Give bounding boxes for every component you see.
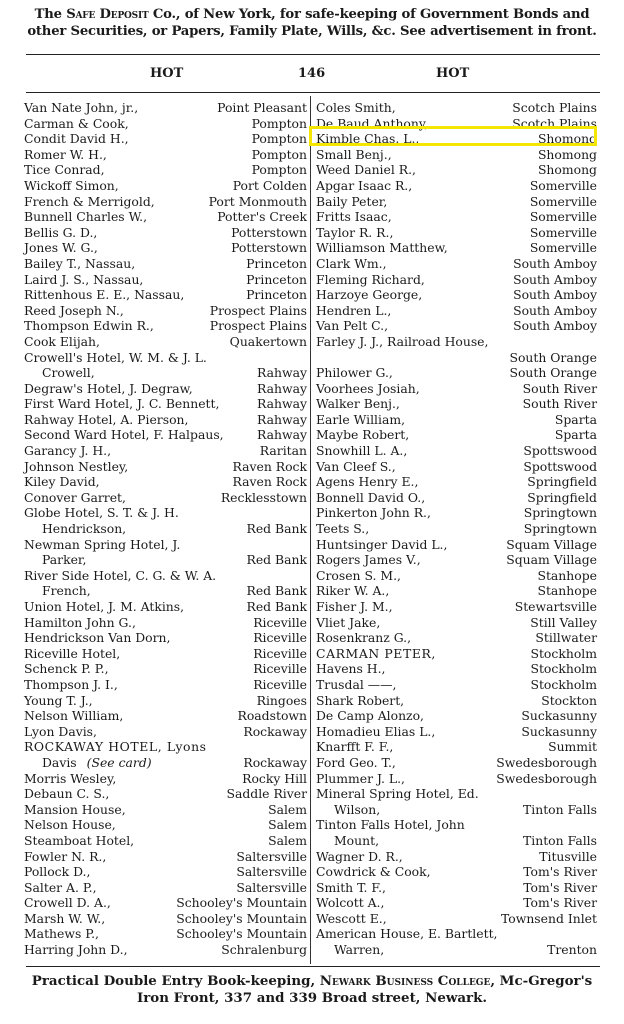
entry-place: South Amboy [513, 287, 597, 303]
entry-name: Smith T. F., [316, 880, 386, 896]
directory-entry: Salter A. P.,Saltersville [24, 880, 307, 896]
directory-entry: Laird J. S., Nassau,Princeton [24, 272, 307, 288]
entry-place: South Orange [509, 350, 597, 366]
entry-name: Bunnell Charles W., [24, 209, 147, 225]
entry-name: Romer W. H., [24, 147, 107, 163]
entry-place: Titusville [539, 849, 597, 865]
directory-entry: Globe Hotel, S. T. & J. H.Hendrickson,Re… [24, 505, 307, 536]
entry-name: Rahway Hotel, A. Pierson, [24, 412, 188, 428]
entry-name: Globe Hotel, S. T. & J. H. [24, 505, 179, 521]
entry-name: Harzoye George, [316, 287, 422, 303]
entry-place: Rahway [257, 381, 307, 397]
entry-name: Garancy J. H., [24, 443, 111, 459]
entry-place: Somerville [530, 225, 597, 241]
entry-place: Raven Rock [233, 474, 308, 490]
directory-entry: Fowler N. R.,Saltersville [24, 849, 307, 865]
directory-entry: Agens Henry E.,Springfield [316, 474, 597, 490]
directory-entry: Huntsinger David L.,Squam Village [316, 537, 597, 553]
entry-place: Raven Rock [233, 459, 308, 475]
entry-name: Hendrickson Van Dorn, [24, 630, 170, 646]
entry-place: Somerville [530, 178, 597, 194]
directory-entry: Cook Elijah,Quakertown [24, 334, 307, 350]
entry-place: Swedesborough [496, 771, 597, 787]
entry-name: Taylor R. R., [316, 225, 393, 241]
entry-name: Cook Elijah, [24, 334, 100, 350]
entry-place: Riceville [253, 646, 307, 662]
entry-place: Rahway [257, 365, 307, 381]
directory-entry: Rogers James V.,Squam Village [316, 552, 597, 568]
directory-entry: Williamson Matthew,Somerville [316, 240, 597, 256]
head-rule [26, 92, 600, 93]
directory-entry: Smith T. F.,Tom's River [316, 880, 597, 896]
directory-entry: Van Pelt C.,South Amboy [316, 318, 597, 334]
directory-entry: Voorhees Josiah,South River [316, 381, 597, 397]
entry-name: Mansion House, [24, 802, 126, 818]
entry-place: Red Bank [246, 521, 307, 537]
entry-place: Prospect Plains [210, 303, 307, 319]
highlight-box [309, 126, 597, 146]
entry-place: Rocky Hill [242, 771, 307, 787]
entry-name: Knarfft F. F., [316, 739, 393, 755]
entry-name: Young T. J., [24, 693, 93, 709]
directory-entry: Baily Peter,Somerville [316, 194, 597, 210]
entry-name: Pollock D., [24, 864, 90, 880]
entry-name: Johnson Nestley, [24, 459, 128, 475]
entry-place: Port Monmouth [209, 194, 307, 210]
directory-entry: Condit David H.,Pompton [24, 131, 307, 147]
entry-name: Debaun C. S., [24, 786, 109, 802]
entry-place: Schooley's Mountain [176, 911, 307, 927]
entry-name: Shark Robert, [316, 693, 404, 709]
entry-name: CARMAN PETER, [316, 646, 436, 662]
entry-place: Somerville [530, 240, 597, 256]
entry-name: Teets S., [316, 521, 369, 537]
directory-entry: Nelson House,Salem [24, 817, 307, 833]
entry-name: Rosenkranz G., [316, 630, 411, 646]
entry-name-continued-text: French, [42, 583, 91, 598]
entry-place: Sparta [555, 412, 597, 428]
entry-place: Saltersville [236, 849, 307, 865]
footer-ad-text1: Practical Double Entry Book-keeping, [32, 973, 320, 989]
entry-name: Thompson Edwin R., [24, 318, 154, 334]
directory-entry: Johnson Nestley,Raven Rock [24, 459, 307, 475]
entry-name: ROCKAWAY HOTEL, Lyons [24, 739, 207, 755]
directory-entry: Van Cleef S.,Spottswood [316, 459, 597, 475]
directory-entry: Riceville Hotel,Riceville [24, 646, 307, 662]
directory-entry: Mineral Spring Hotel, Ed.Wilson,Tinton F… [316, 786, 597, 817]
entry-name: Fleming Richard, [316, 272, 425, 288]
entry-name: Clark Wm., [316, 256, 387, 272]
entry-place: Stewartsville [515, 599, 597, 615]
directory-entry: Thompson J. I.,Riceville [24, 677, 307, 693]
entry-place: Point Pleasant [217, 100, 307, 116]
entry-name-continued-text: Hendrickson, [42, 521, 126, 536]
entry-place: Trenton [547, 942, 597, 958]
entry-name: Salter A. P., [24, 880, 97, 896]
directory-entry: Bellis G. D.,Potterstown [24, 225, 307, 241]
entry-place: Tinton Falls [523, 802, 597, 818]
entry-name: Van Nate John, jr., [24, 100, 138, 116]
entry-name: Bonnell David O., [316, 490, 425, 506]
entry-name: Marsh W. W., [24, 911, 105, 927]
entry-name-continued: Warren, [334, 942, 384, 958]
directory-entry: French & Merrigold,Port Monmouth [24, 194, 307, 210]
entry-place: Red Bank [246, 599, 307, 615]
column-divider [310, 96, 311, 964]
entry-name: River Side Hotel, C. G. & W. A. [24, 568, 216, 584]
directory-entry: Teets S.,Springtown [316, 521, 597, 537]
entry-name-continued: Parker, [42, 552, 86, 568]
directory-entry: Havens H.,Stockholm [316, 661, 597, 677]
directory-entry: Thompson Edwin R.,Prospect Plains [24, 318, 307, 334]
entry-place: Port Colden [233, 178, 307, 194]
entry-place: Riceville [253, 677, 307, 693]
entry-place: Tinton Falls [523, 833, 597, 849]
entry-name: Fisher J. M., [316, 599, 393, 615]
entry-place: Townsend Inlet [501, 911, 597, 927]
entry-name: Fowler N. R., [24, 849, 106, 865]
entry-place: Stockholm [530, 661, 597, 677]
entry-name: Crosen S. M., [316, 568, 401, 584]
entry-place: Springfield [527, 474, 597, 490]
entry-name: Crowell's Hotel, W. M. & J. L. [24, 350, 207, 366]
directory-entry: Marsh W. W.,Schooley's Mountain [24, 911, 307, 927]
bottom-rule [26, 966, 600, 967]
entry-place: Suckasunny [521, 724, 597, 740]
directory-entry: Trusdal ——,Stockholm [316, 677, 597, 693]
directory-entry: Philower G.,South Orange [316, 365, 597, 381]
entry-place: Salem [268, 833, 307, 849]
entry-place: South Orange [509, 365, 597, 381]
entry-name: Riker W. A., [316, 583, 389, 599]
entry-place: Saddle River [226, 786, 307, 802]
entry-name: De Camp Alonzo, [316, 708, 424, 724]
entry-place: Princeton [246, 256, 307, 272]
entry-place: Schooley's Mountain [176, 926, 307, 942]
entry-place: Raritan [260, 443, 307, 459]
directory-entry: Rittenhous E. E., Nassau,Princeton [24, 287, 307, 303]
entry-name: Degraw's Hotel, J. Degraw, [24, 381, 193, 397]
directory-entry: Lyon Davis,Rockaway [24, 724, 307, 740]
entry-place: Squam Village [506, 537, 597, 553]
directory-entry: Crowell D. A.,Schooley's Mountain [24, 895, 307, 911]
directory-entry: Kiley David,Raven Rock [24, 474, 307, 490]
entry-place: Summit [548, 739, 597, 755]
directory-entry: Walker Benj.,South River [316, 396, 597, 412]
directory-entry: Tinton Falls Hotel, JohnMount,Tinton Fal… [316, 817, 597, 848]
entry-name: Weed Daniel R., [316, 162, 416, 178]
directory-entry: Small Benj.,Shomong [316, 147, 597, 163]
entry-name: Plummer J. L., [316, 771, 405, 787]
entry-place: Ringoes [257, 693, 307, 709]
directory-entry: Harring John D.,Schralenburg [24, 942, 307, 958]
directory-entry: Fleming Richard,South Amboy [316, 272, 597, 288]
entry-place: Rahway [257, 427, 307, 443]
directory-entry: Pinkerton John R.,Springtown [316, 505, 597, 521]
entry-place: Rahway [257, 412, 307, 428]
entry-place: Salem [268, 802, 307, 818]
entry-name: Agens Henry E., [316, 474, 418, 490]
directory-entry: Taylor R. R.,Somerville [316, 225, 597, 241]
entry-place: Pompton [252, 162, 307, 178]
entry-name: Mathews P., [24, 926, 99, 942]
directory-entry: De Camp Alonzo,Suckasunny [316, 708, 597, 724]
directory-entry: Hamilton John G.,Riceville [24, 615, 307, 631]
entry-name-continued-text: Crowell, [42, 365, 95, 380]
directory-entry: Vliet Jake,Still Valley [316, 615, 597, 631]
header-ad-prefix: The [35, 7, 67, 22]
directory-entry: Knarfft F. F.,Summit [316, 739, 597, 755]
entry-name: Van Pelt C., [316, 318, 388, 334]
directory-entry: Harzoye George,South Amboy [316, 287, 597, 303]
directory-entry: Clark Wm.,South Amboy [316, 256, 597, 272]
entry-place: Tom's River [523, 895, 597, 911]
entry-name: Carman & Cook, [24, 116, 129, 132]
entry-place: Saltersville [236, 880, 307, 896]
entry-place: Shomong [538, 162, 597, 178]
directory-entry: Newman Spring Hotel, J.Parker,Red Bank [24, 537, 307, 568]
entry-name: Wescott E., [316, 911, 387, 927]
directory-entry: Crowell's Hotel, W. M. & J. L.Crowell,Ra… [24, 350, 307, 381]
entry-place: Squam Village [506, 552, 597, 568]
directory-entry: Young T. J.,Ringoes [24, 693, 307, 709]
directory-entry: Nelson William,Roadstown [24, 708, 307, 724]
directory-entry: Farley J. J., Railroad House,South Orang… [316, 334, 597, 365]
directory-entry: Maybe Robert,Sparta [316, 427, 597, 443]
entry-name: Wagner D. R., [316, 849, 403, 865]
entry-name-continued-text: Parker, [42, 552, 86, 567]
directory-entry: Degraw's Hotel, J. Degraw,Rahway [24, 381, 307, 397]
entry-name: Crowell D. A., [24, 895, 111, 911]
entry-name-continued: Mount, [334, 833, 379, 849]
entry-place: Spottswood [523, 459, 597, 475]
entry-name: Coles Smith, [316, 100, 396, 116]
entry-name: Tice Conrad, [24, 162, 105, 178]
entry-name: Snowhill L. A., [316, 443, 407, 459]
entry-name: Ford Geo. T., [316, 755, 396, 771]
directory-entry: Carman & Cook,Pompton [24, 116, 307, 132]
entry-name: Trusdal ——, [316, 677, 396, 693]
entry-name: Pinkerton John R., [316, 505, 431, 521]
entry-place: Schooley's Mountain [176, 895, 307, 911]
entry-name: Williamson Matthew, [316, 240, 448, 256]
top-rule [26, 54, 600, 55]
directory-entry: Homadieu Elias L.,Suckasunny [316, 724, 597, 740]
entry-place: Somerville [530, 209, 597, 225]
entry-name-continued-text: Davis [42, 755, 77, 770]
directory-entry: Romer W. H.,Pompton [24, 147, 307, 163]
directory-entry: Pollock D.,Saltersville [24, 864, 307, 880]
entry-name: Rittenhous E. E., Nassau, [24, 287, 184, 303]
directory-entry: Wagner D. R.,Titusville [316, 849, 597, 865]
running-head-left: HOT [150, 66, 183, 81]
page-number: 146 [298, 66, 325, 81]
entry-name: Riceville Hotel, [24, 646, 120, 662]
entry-name: Wolcott A., [316, 895, 384, 911]
directory-entry: Conover Garret,Recklesstown [24, 490, 307, 506]
left-column: Van Nate John, jr.,Point PleasantCarman … [24, 100, 307, 958]
entry-name-continued-text: Wilson, [334, 802, 380, 817]
entry-place: Suckasunny [521, 708, 597, 724]
entry-name: Maybe Robert, [316, 427, 409, 443]
entry-place: Quakertown [230, 334, 307, 350]
directory-entry: First Ward Hotel, J. C. Bennett,Rahway [24, 396, 307, 412]
directory-entry: Hendren L.,South Amboy [316, 303, 597, 319]
entry-place: Schralenburg [221, 942, 307, 958]
entry-name: Voorhees Josiah, [316, 381, 420, 397]
directory-entry: Rosenkranz G.,Stillwater [316, 630, 597, 646]
entry-note: (See card) [87, 755, 152, 770]
header-advertisement: The Safe Deposit Co., of New York, for s… [20, 6, 604, 40]
entry-name-continued: Wilson, [334, 802, 380, 818]
entry-place: Shomong [538, 147, 597, 163]
directory-entry: Plummer J. L.,Swedesborough [316, 771, 597, 787]
entry-name: Walker Benj., [316, 396, 400, 412]
entry-name: Nelson William, [24, 708, 123, 724]
entry-place: Riceville [253, 630, 307, 646]
entry-place: Tom's River [523, 864, 597, 880]
entry-name: Newman Spring Hotel, J. [24, 537, 180, 553]
directory-entry: Van Nate John, jr.,Point Pleasant [24, 100, 307, 116]
entry-name: Condit David H., [24, 131, 129, 147]
entry-place: Stockholm [530, 677, 597, 693]
entry-place: Somerville [530, 194, 597, 210]
directory-entry: Reed Joseph N.,Prospect Plains [24, 303, 307, 319]
directory-entry: Coles Smith,Scotch Plains [316, 100, 597, 116]
directory-entry: Apgar Isaac R.,Somerville [316, 178, 597, 194]
entry-place: Pompton [252, 131, 307, 147]
entry-name-continued: Hendrickson, [42, 521, 126, 537]
entry-name-continued: Crowell, [42, 365, 95, 381]
entry-place: Prospect Plains [210, 318, 307, 334]
directory-entry: ROCKAWAY HOTEL, LyonsDavis(See card)Rock… [24, 739, 307, 770]
directory-entry: Wickoff Simon,Port Colden [24, 178, 307, 194]
entry-name: Lyon Davis, [24, 724, 97, 740]
entry-name: Philower G., [316, 365, 393, 381]
entry-place: Tom's River [523, 880, 597, 896]
entry-name: French & Merrigold, [24, 194, 155, 210]
entry-place: Rockaway [243, 724, 307, 740]
directory-entry: Schenck P. P.,Riceville [24, 661, 307, 677]
directory-entry: Debaun C. S.,Saddle River [24, 786, 307, 802]
entry-name: Schenck P. P., [24, 661, 109, 677]
entry-place: South Amboy [513, 256, 597, 272]
footer-advertisement: Practical Double Entry Book-keeping, New… [20, 973, 604, 1007]
entry-name: Union Hotel, J. M. Atkins, [24, 599, 184, 615]
entry-place: Potterstown [231, 225, 307, 241]
entry-name: Thompson J. I., [24, 677, 118, 693]
entry-name: Jones W. G., [24, 240, 98, 256]
directory-entry: Jones W. G.,Potterstown [24, 240, 307, 256]
entry-place: Potter's Creek [217, 209, 307, 225]
entry-name: Bailey T., Nassau, [24, 256, 135, 272]
directory-entry: Wolcott A.,Tom's River [316, 895, 597, 911]
entry-name-continued: Davis(See card) [42, 755, 152, 771]
entry-name: Second Ward Hotel, F. Halpaus, [24, 427, 224, 443]
directory-entry: Steamboat Hotel,Salem [24, 833, 307, 849]
directory-entry: Hendrickson Van Dorn,Riceville [24, 630, 307, 646]
directory-entry: Ford Geo. T.,Swedesborough [316, 755, 597, 771]
entry-place: Stockholm [530, 646, 597, 662]
entry-place: Still Valley [530, 615, 597, 631]
entry-place: South River [523, 381, 597, 397]
directory-entry: Weed Daniel R.,Shomong [316, 162, 597, 178]
entry-name: American House, E. Bartlett, [316, 926, 498, 942]
entry-name: Earle William, [316, 412, 405, 428]
entry-place: Sparta [555, 427, 597, 443]
entry-name: Wickoff Simon, [24, 178, 119, 194]
directory-entry: Shark Robert,Stockton [316, 693, 597, 709]
directory-entry: Crosen S. M.,Stanhope [316, 568, 597, 584]
entry-name: Hamilton John G., [24, 615, 136, 631]
directory-entry: River Side Hotel, C. G. & W. A.French,Re… [24, 568, 307, 599]
entry-name: Mineral Spring Hotel, Ed. [316, 786, 479, 802]
entry-place: Riceville [253, 661, 307, 677]
entry-place: Princeton [246, 287, 307, 303]
directory-entry: Bonnell David O.,Springfield [316, 490, 597, 506]
entry-place: Scotch Plains [512, 100, 597, 116]
entry-place: Stanhope [537, 583, 597, 599]
directory-entry: Mathews P.,Schooley's Mountain [24, 926, 307, 942]
directory-entry: CARMAN PETER,Stockholm [316, 646, 597, 662]
entry-place: Springtown [524, 521, 597, 537]
directory-entry: Morris Wesley,Rocky Hill [24, 771, 307, 787]
entry-place: Potterstown [231, 240, 307, 256]
entry-place: Riceville [253, 615, 307, 631]
directory-entry: Earle William,Sparta [316, 412, 597, 428]
entry-place: Pompton [252, 116, 307, 132]
entry-place: Saltersville [236, 864, 307, 880]
entry-name: Small Benj., [316, 147, 392, 163]
entry-place: Red Bank [246, 552, 307, 568]
right-column: Coles Smith,Scotch PlainsDe Baud Anthony… [316, 100, 597, 958]
entry-name: Bellis G. D., [24, 225, 97, 241]
directory-entry: Wescott E.,Townsend Inlet [316, 911, 597, 927]
entry-name: Hendren L., [316, 303, 391, 319]
entry-place: Recklesstown [221, 490, 307, 506]
entry-name: Harring John D., [24, 942, 128, 958]
entry-name-continued-text: Mount, [334, 833, 379, 848]
entry-name: Homadieu Elias L., [316, 724, 435, 740]
entry-place: Springfield [527, 490, 597, 506]
entry-name: Cowdrick & Cook, [316, 864, 431, 880]
entry-place: Rockaway [243, 755, 307, 771]
entry-place: Stockton [541, 693, 597, 709]
directory-entry: Bailey T., Nassau,Princeton [24, 256, 307, 272]
entry-place: Pompton [252, 147, 307, 163]
entry-name: Laird J. S., Nassau, [24, 272, 143, 288]
entry-name: Kiley David, [24, 474, 100, 490]
directory-entry: Union Hotel, J. M. Atkins,Red Bank [24, 599, 307, 615]
entry-place: Red Bank [246, 583, 307, 599]
directory-entry: American House, E. Bartlett,Warren,Trent… [316, 926, 597, 957]
entry-name: Vliet Jake, [316, 615, 380, 631]
directory-entry: Fritts Isaac,Somerville [316, 209, 597, 225]
entry-place: South Amboy [513, 272, 597, 288]
directory-entry: Tice Conrad,Pompton [24, 162, 307, 178]
entry-name: Tinton Falls Hotel, John [316, 817, 465, 833]
footer-ad-college: Newark Business College [320, 973, 491, 989]
directory-entry: Rahway Hotel, A. Pierson,Rahway [24, 412, 307, 428]
entry-name: Morris Wesley, [24, 771, 116, 787]
directory-entry: Snowhill L. A.,Spottswood [316, 443, 597, 459]
entry-name: Havens H., [316, 661, 386, 677]
entry-place: Stillwater [535, 630, 597, 646]
directory-entry: Garancy J. H.,Raritan [24, 443, 307, 459]
entry-name: Huntsinger David L., [316, 537, 447, 553]
entry-name-continued-text: Warren, [334, 942, 384, 957]
entry-place: Swedesborough [496, 755, 597, 771]
